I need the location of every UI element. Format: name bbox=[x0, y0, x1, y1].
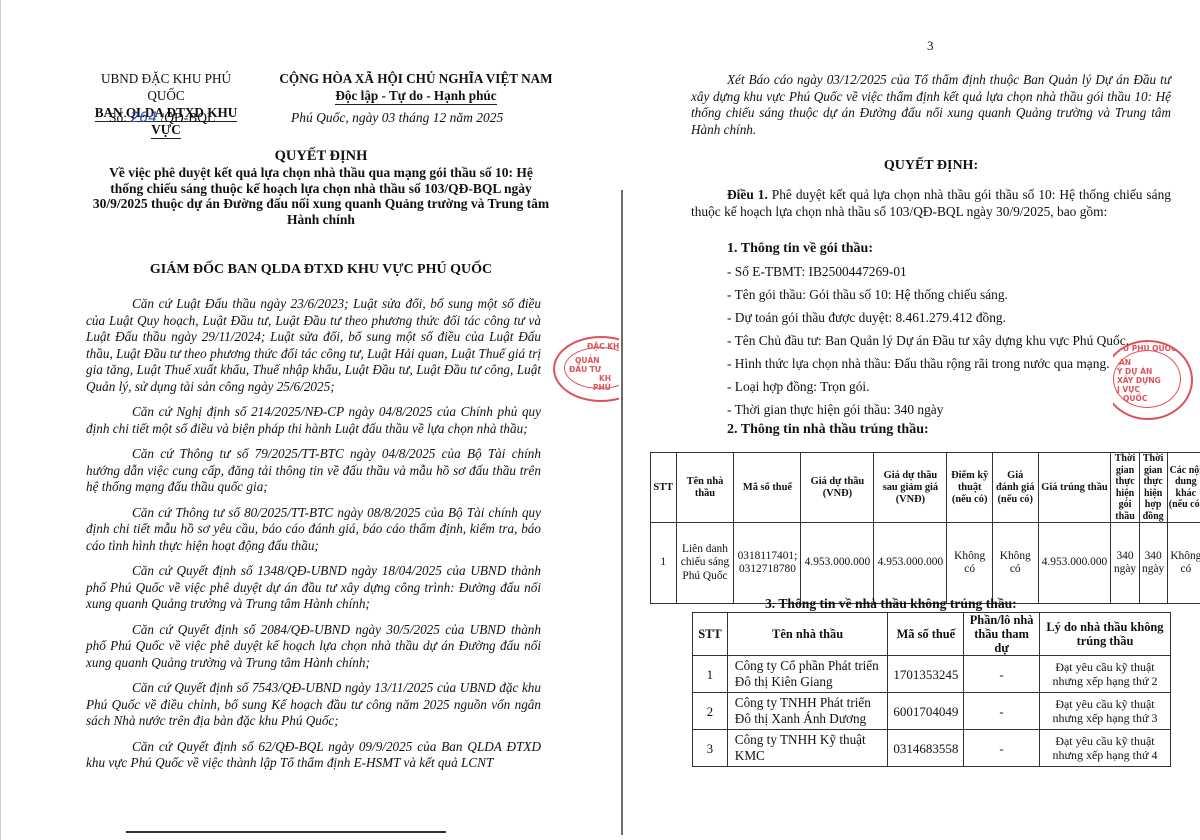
legal-basis: Căn cứ Luật Đấu thầu ngày 23/6/2023; Luậ… bbox=[86, 296, 541, 395]
info-item: - Số E-TBMT: IB2500447269-01 bbox=[727, 260, 1187, 283]
article-1: Điều 1. Phê duyệt kết quả lựa chọn nhà t… bbox=[691, 187, 1171, 220]
column-header: Giá dự thầu (VNĐ) bbox=[801, 453, 874, 523]
losing-bidders-table: STT Tên nhà thầu Mã số thuế Phần/lô nhà … bbox=[692, 612, 1171, 767]
legal-basis: Căn cứ Quyết định số 7543/QĐ-UBND ngày 1… bbox=[86, 680, 541, 730]
section-heading: 1. Thông tin về gói thầu: bbox=[727, 237, 1187, 260]
table-row: 1 Liên danh chiếu sáng Phú Quốc 03181174… bbox=[651, 523, 1200, 604]
column-header: Phần/lô nhà thầu tham dự bbox=[964, 613, 1040, 656]
section-heading: 3. Thông tin về nhà thầu không trúng thầ… bbox=[765, 596, 1017, 612]
document-page-right: 3 Xét Báo cáo ngày 03/12/2025 của Tổ thẩ… bbox=[623, 0, 1200, 840]
legal-basis: Căn cứ Quyết định số 1348/QĐ-UBND ngày 1… bbox=[86, 563, 541, 613]
red-stamp-left: ĐẶC KH QUẢN ĐẦU TƯ KH PHÚ bbox=[553, 336, 619, 402]
column-header: Giá đánh giá (nếu có) bbox=[992, 453, 1038, 523]
column-header: STT bbox=[693, 613, 728, 656]
table-header-row: STT Tên nhà thầu Mã số thuế Giá dự thầu … bbox=[651, 453, 1200, 523]
consideration-paragraph: Xét Báo cáo ngày 03/12/2025 của Tổ thẩm … bbox=[691, 72, 1171, 138]
document-page-left: UBND ĐẶC KHU PHÚ QUỐC BAN QLDA ĐTXD KHU … bbox=[0, 0, 622, 840]
column-header: Lý do nhà thầu không trúng thầu bbox=[1039, 613, 1170, 656]
place-and-date: Phú Quốc, ngày 03 tháng 12 năm 2025 bbox=[291, 110, 503, 126]
table-row: 1 Công ty Cổ phần Phát triển Đô thị Kiên… bbox=[693, 656, 1171, 693]
decision-title: QUYẾT ĐỊNH bbox=[81, 148, 561, 165]
table-row: 2 Công ty TNHH Phát triển Đô thị Xanh Án… bbox=[693, 693, 1171, 730]
legal-basis: Căn cứ Thông tư số 79/2025/TT-BTC ngày 0… bbox=[86, 446, 541, 496]
page-number: 3 bbox=[927, 38, 934, 54]
info-item: - Dự toán gói thầu được duyệt: 8.461.279… bbox=[727, 306, 1187, 329]
column-header: Mã số thuế bbox=[888, 613, 964, 656]
info-item: - Tên gói thầu: Gói thầu số 10: Hệ thống… bbox=[727, 283, 1187, 306]
decision-subtitle: Về việc phê duyệt kết quả lựa chọn nhà t… bbox=[91, 165, 551, 227]
document-number: Số: 264 /QĐ-BQL bbox=[109, 110, 215, 126]
column-header: Tên nhà thầu bbox=[727, 613, 888, 656]
column-header: Thời gian thực hiện gói thầu bbox=[1111, 453, 1139, 523]
column-header: Giá dự thầu sau giảm giá (VNĐ) bbox=[874, 453, 947, 523]
table-header-row: STT Tên nhà thầu Mã số thuế Phần/lô nhà … bbox=[693, 613, 1171, 656]
column-header: Thời gian thực hiện hợp đồng bbox=[1139, 453, 1167, 523]
section-heading: 2. Thông tin nhà thầu trúng thầu: bbox=[727, 421, 1187, 439]
legal-basis: Căn cứ Quyết định số 2084/QĐ-UBND ngày 3… bbox=[86, 622, 541, 672]
issuing-authority: UBND ĐẶC KHU PHÚ QUỐC BAN QLDA ĐTXD KHU … bbox=[91, 70, 241, 138]
column-header: Mã số thuế bbox=[734, 453, 801, 523]
authority-line-1: UBND ĐẶC KHU PHÚ QUỐC bbox=[91, 70, 241, 104]
bottom-rule bbox=[126, 831, 446, 833]
issuer-title: GIÁM ĐỐC BAN QLDA ĐTXD KHU VỰC PHÚ QUỐC bbox=[81, 262, 561, 278]
legal-bases: Căn cứ Luật Đấu thầu ngày 23/6/2023; Luậ… bbox=[86, 296, 541, 781]
winning-bidder-table: STT Tên nhà thầu Mã số thuế Giá dự thầu … bbox=[650, 452, 1200, 604]
red-stamp-right: U PHÚ QUỐC AN Ý DỰ ÁN XÂY DỰNG J VỰC QUỐ… bbox=[1113, 340, 1198, 420]
column-header: Giá trúng thầu bbox=[1038, 453, 1111, 523]
legal-basis: Căn cứ Quyết định số 62/QĐ-BQL ngày 09/9… bbox=[86, 739, 541, 772]
decision-heading: QUYẾT ĐỊNH: bbox=[691, 158, 1171, 174]
column-header: Các nội dung khác (nếu có) bbox=[1167, 453, 1200, 523]
legal-basis: Căn cứ Nghị định số 214/2025/NĐ-CP ngày … bbox=[86, 404, 541, 437]
country-name: CỘNG HÒA XÃ HỘI CHỦ NGHĨA VIỆT NAM bbox=[271, 70, 561, 87]
legal-basis: Căn cứ Thông tư số 80/2025/TT-BTC ngày 0… bbox=[86, 505, 541, 555]
column-header: Tên nhà thầu bbox=[676, 453, 734, 523]
table-row: 3 Công ty TNHH Kỹ thuật KMC 0314683558 -… bbox=[693, 730, 1171, 767]
national-header: CỘNG HÒA XÃ HỘI CHỦ NGHĨA VIỆT NAM Độc l… bbox=[271, 70, 561, 104]
national-motto: Độc lập - Tự do - Hạnh phúc bbox=[271, 87, 561, 104]
column-header: Điểm kỹ thuật (nếu có) bbox=[947, 453, 993, 523]
column-header: STT bbox=[651, 453, 677, 523]
handwritten-number: 264 bbox=[130, 110, 157, 126]
